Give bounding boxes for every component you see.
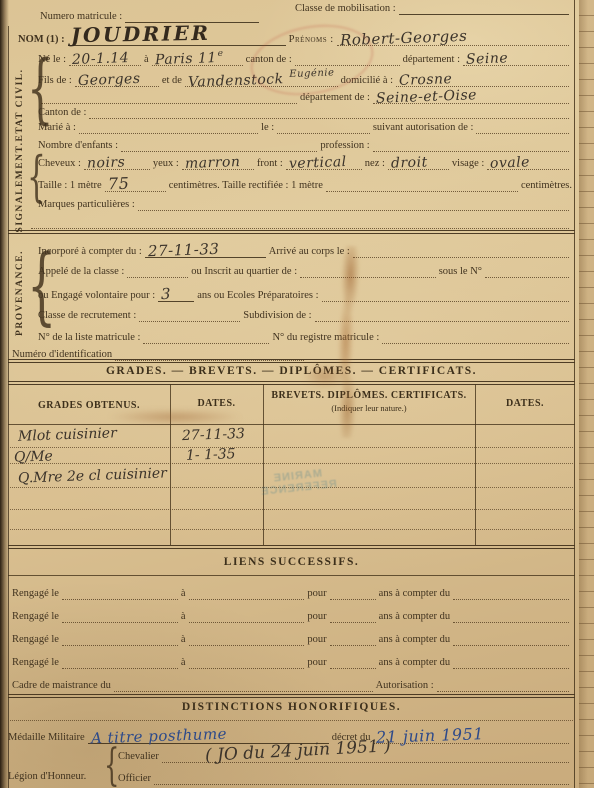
- nom-field: JOUDRIER: [68, 23, 286, 46]
- rengage-ans-label: ans à compter du: [379, 634, 450, 647]
- section-divider: [8, 694, 575, 698]
- nom-row: NOM (1) : JOUDRIER Prénoms : Robert-Geor…: [18, 20, 572, 47]
- rengage-ans-field: [330, 586, 376, 600]
- fils-de-row: Fils de : Georges et de Vandenstock Eugé…: [38, 70, 572, 88]
- rengage-lieu-field: [189, 586, 305, 600]
- decret-field: 21 juin 1951: [373, 727, 569, 744]
- lieu-naissance-sup: e: [217, 49, 223, 59]
- enfants-label: Nombre d'enfants :: [38, 140, 118, 153]
- liens-title: LIENS SUCCESSIFS.: [8, 556, 575, 568]
- departement-label: département :: [403, 54, 460, 67]
- engage-label: ou Engagé volontaire pour :: [38, 290, 155, 303]
- taille-row: Taille : 1 mètre 75 centimètres. Taille …: [38, 175, 572, 193]
- departement-value: Seine: [466, 50, 509, 68]
- rengage-pour-label: pour: [307, 657, 326, 670]
- rengage-compter-field: [453, 655, 569, 669]
- grades-table-title: GRADES. — BREVETS. — DIPLÔMES. — CERTIFI…: [8, 365, 575, 377]
- mere-value: Vandenstock: [188, 71, 284, 90]
- ecoles-label: ans ou Ecoles Préparatoires :: [197, 290, 318, 303]
- liste-matricule-row: N° de la liste matricule : N° du registr…: [38, 330, 572, 345]
- domicilie-value: Crosne: [399, 71, 453, 89]
- rengage-label: Rengagé le: [12, 657, 59, 670]
- cheveux-label: Cheveux :: [38, 158, 81, 171]
- rengage-row-4: Rengagé le à pour ans à compter du: [12, 655, 572, 670]
- arrive-label: Arrivé au corps le :: [269, 246, 350, 259]
- distinctions-title: DISTINCTIONS HONORIFIQUES.: [8, 701, 575, 713]
- inscrit-field: [300, 264, 436, 278]
- officier-label: Officier: [118, 773, 151, 786]
- officier-field: [154, 771, 569, 785]
- grade-date-1: 27-11-33: [182, 426, 245, 444]
- mere-field: Vandenstock Eugénie: [185, 70, 338, 87]
- canton-de-field: [295, 52, 400, 66]
- rengage-pour-label: pour: [307, 588, 326, 601]
- rengage-a-label: à: [181, 657, 186, 670]
- et-de-label: et de: [162, 75, 182, 88]
- signalement-traits-row: Cheveux : noirs yeux : marron front : ve…: [38, 155, 572, 171]
- yeux-value: marron: [185, 154, 241, 172]
- table-row-line: [10, 509, 573, 510]
- front-label: front :: [257, 158, 283, 171]
- nez-label: nez :: [365, 158, 385, 171]
- classe-mobilisation-row: Classe de mobilisation :: [295, 1, 572, 16]
- taille-label3: centimètres.: [521, 180, 572, 193]
- lieu-naissance-field: Paris 11e: [152, 50, 243, 66]
- marie-field: [79, 120, 258, 134]
- rengage-date-field: [62, 586, 178, 600]
- rengage-date-field: [62, 609, 178, 623]
- rengage-date-field: [62, 655, 178, 669]
- taille-value: 75: [107, 175, 129, 194]
- engage-row: ou Engagé volontaire pour : 3 ans ou Eco…: [38, 286, 572, 303]
- section-divider: [8, 230, 575, 234]
- rengage-label: Rengagé le: [12, 634, 59, 647]
- nez-value: droit: [391, 154, 428, 171]
- nom-value: JOUDRIER: [70, 22, 210, 47]
- rengage-pour-label: pour: [307, 634, 326, 647]
- medaille-label: Médaille Militaire: [8, 732, 85, 745]
- visage-value: ovale: [490, 154, 530, 171]
- sous-le-no-field: [485, 264, 569, 278]
- table-row-line: [10, 463, 573, 464]
- visage-field: ovale: [487, 155, 569, 170]
- liste-matricule-label: N° de la liste matricule :: [38, 332, 140, 345]
- rengage-ans-field: [330, 632, 376, 646]
- table-bottom-border: [8, 545, 575, 549]
- subdivision-field: [315, 308, 569, 322]
- table-row-line: [10, 529, 573, 530]
- table-row-line: [10, 447, 573, 448]
- taille-rectifiee-field: [326, 178, 518, 192]
- grade-entry-2: Q/Me: [14, 448, 53, 465]
- mere-prenom-value: Eugénie: [289, 67, 334, 80]
- grade-date-2: 1- 1-35: [186, 446, 236, 464]
- appele-row: Appelé de la classe : ou Inscrit au quar…: [38, 264, 572, 279]
- departement2-row: département de : Seine-et-Oise: [38, 89, 572, 105]
- le-label: le :: [261, 122, 274, 135]
- marie-label: Marié à :: [38, 122, 76, 135]
- subdivision-label: Subdivision de :: [243, 310, 311, 323]
- fils-de-label: Fils de :: [38, 75, 72, 88]
- classe-recrutement-label: Classe de recrutement :: [38, 310, 136, 323]
- legion-honneur-label: Légion d'Honneur.: [8, 771, 86, 782]
- classe-recrutement-row: Classe de recrutement : Subdivision de :: [38, 308, 572, 323]
- rengage-lieu-field: [189, 632, 305, 646]
- ne-le-value: 20-1.14: [72, 50, 130, 68]
- rengage-a-label: à: [181, 588, 186, 601]
- liens-autorisation-field: [437, 678, 569, 692]
- yeux-field: marron: [182, 155, 254, 170]
- rengage-compter-field: [453, 586, 569, 600]
- arrive-field: [353, 244, 569, 258]
- rengage-ans-label: ans à compter du: [379, 657, 450, 670]
- ruled-line: [10, 720, 573, 721]
- autorisation-label: suivant autorisation de :: [373, 122, 474, 135]
- profession-field: [373, 138, 569, 152]
- rengage-a-label: à: [181, 634, 186, 647]
- blank-field-2: [31, 215, 569, 229]
- canton2-label: Canton de :: [38, 107, 86, 120]
- blank-field-1: [41, 90, 297, 104]
- decret-value: 21 juin 1951: [376, 725, 485, 747]
- classe-recrutement-field: [139, 308, 240, 322]
- canton2-row: Canton de :: [38, 105, 572, 120]
- fils-de-value: Georges: [78, 71, 141, 89]
- rengage-row-2: Rengagé le à pour ans à compter du: [12, 609, 572, 624]
- visage-label: visage :: [452, 158, 484, 171]
- rengage-ans-label: ans à compter du: [379, 588, 450, 601]
- classe-mobilisation-label: Classe de mobilisation :: [295, 3, 396, 16]
- lieu-naissance-value: Paris 11: [154, 50, 216, 68]
- ecoles-field: [322, 288, 569, 302]
- rengage-ans-label: ans à compter du: [379, 611, 450, 624]
- rengage-row-1: Rengagé le à pour ans à compter du: [12, 586, 572, 601]
- departement2-field: Seine-et-Oise: [373, 89, 569, 104]
- inscrit-label: ou Inscrit au quartier de :: [191, 266, 297, 279]
- canton-de-label: canton de :: [246, 54, 292, 67]
- departement2-value: Seine-et-Oise: [376, 87, 477, 107]
- departement-field: Seine: [463, 51, 569, 66]
- liens-autorisation-label: Autorisation :: [376, 680, 434, 693]
- cheveux-field: noirs: [84, 155, 150, 170]
- front-value: vertical: [289, 154, 347, 172]
- le-field: [277, 120, 370, 134]
- section-label-signalement: SIGNALEMENT.: [15, 137, 25, 237]
- rengage-a-label: à: [181, 611, 186, 624]
- domicilie-field: Crosne: [396, 72, 569, 87]
- prenoms-field: Robert-Georges: [337, 30, 569, 46]
- marie-row: Marié à : le : suivant autorisation de :: [38, 120, 572, 135]
- incorpore-row: Incorporé à compter du : 27-11-33 Arrivé…: [38, 242, 572, 259]
- rengage-ans-field: [330, 609, 376, 623]
- col-header-brevets-sub: (Indiquer leur nature.): [263, 403, 475, 413]
- enfants-row: Nombre d'enfants : profession :: [38, 138, 572, 153]
- table-top-border: [8, 381, 575, 385]
- enfants-field: [121, 138, 317, 152]
- ne-le-row: Né le : 20-1.14 à Paris 11e canton de : …: [38, 50, 572, 67]
- ne-le-label: Né le :: [38, 54, 66, 67]
- profession-label: profession :: [320, 140, 369, 153]
- engage-field: 3: [158, 286, 194, 302]
- chevalier-label: Chevalier: [118, 751, 159, 764]
- appele-label: Appelé de la classe :: [38, 266, 124, 279]
- engage-value: 3: [161, 286, 172, 304]
- rengage-label: Rengagé le: [12, 611, 59, 624]
- cadre-maistrance-row: Cadre de maistrance du Autorisation :: [12, 678, 572, 693]
- adjacent-page-strip: [579, 0, 594, 788]
- liste-matricule-field: [143, 330, 269, 344]
- rengage-compter-field: [453, 632, 569, 646]
- grade-entry-3: Q.Mre 2e cl cuisinier: [18, 465, 167, 486]
- liens-title-rule: [8, 575, 575, 576]
- fils-de-field: Georges: [75, 72, 159, 87]
- rengage-pour-label: pour: [307, 611, 326, 624]
- domicilie-label: domicilié à :: [341, 75, 394, 88]
- taille-label2: centimètres. Taille rectifiée : 1 mètre: [169, 180, 323, 193]
- rengage-ans-field: [330, 655, 376, 669]
- col-header-brevets: BREVETS. DIPLÔMES. CERTIFICATS.: [263, 390, 475, 401]
- registre-matricule-label: N° du registre matricule :: [272, 332, 379, 345]
- marques-field: [138, 197, 569, 211]
- taille-field: 75: [105, 175, 166, 192]
- col-header-dates2: DATES.: [475, 398, 575, 409]
- officier-row: Officier: [118, 771, 572, 786]
- rengage-label: Rengagé le: [12, 588, 59, 601]
- legion-honneur-brace: {: [104, 744, 119, 788]
- prenoms-value: Robert-Georges: [339, 28, 467, 50]
- table-header-border: [8, 424, 575, 425]
- binding-edge: [0, 0, 9, 788]
- section-label-provenance: PROVENANCE.: [15, 248, 25, 338]
- marques-row: Marques particulières :: [38, 197, 572, 212]
- cadre-label: Cadre de maistrance du: [12, 680, 111, 693]
- incorpore-label: Incorporé à compter du :: [38, 246, 142, 259]
- rengage-date-field: [62, 632, 178, 646]
- registre-matricule-field: [382, 330, 569, 344]
- appele-field: [127, 264, 188, 278]
- incorpore-value: 27-11-33: [148, 241, 220, 261]
- classe-mobilisation-field: [399, 1, 569, 15]
- yeux-label: yeux :: [153, 158, 179, 171]
- rengage-compter-field: [453, 609, 569, 623]
- taille-label: Taille : 1 mètre: [38, 180, 102, 193]
- incorpore-field: 27-11-33: [145, 242, 266, 258]
- front-field: vertical: [286, 155, 362, 170]
- section-divider: [8, 359, 575, 363]
- sous-le-no-label: sous le N°: [439, 266, 482, 279]
- nez-field: droit: [388, 155, 449, 170]
- canton2-field: [89, 105, 569, 119]
- marques-label: Marques particulières :: [38, 199, 135, 212]
- departement2-label: département de :: [300, 92, 370, 105]
- prenoms-label: Prénoms :: [289, 34, 334, 47]
- cheveux-value: noirs: [87, 154, 126, 171]
- rengage-lieu-field: [189, 609, 305, 623]
- rengage-row-3: Rengagé le à pour ans à compter du: [12, 632, 572, 647]
- ne-le-field: 20-1.14: [69, 51, 141, 66]
- cadre-field: [114, 678, 373, 692]
- blank-row: [28, 215, 572, 230]
- matricule-document: Classe de mobilisation : Numero matricul…: [0, 0, 594, 788]
- grade-entry-1: Mlot cuisinier: [18, 425, 117, 444]
- autorisation-field: [476, 120, 569, 134]
- col-header-grades: GRADES OBTENUS.: [8, 400, 170, 411]
- col-header-dates1: DATES.: [170, 398, 263, 409]
- a-label: à: [144, 54, 149, 67]
- rengage-lieu-field: [189, 655, 305, 669]
